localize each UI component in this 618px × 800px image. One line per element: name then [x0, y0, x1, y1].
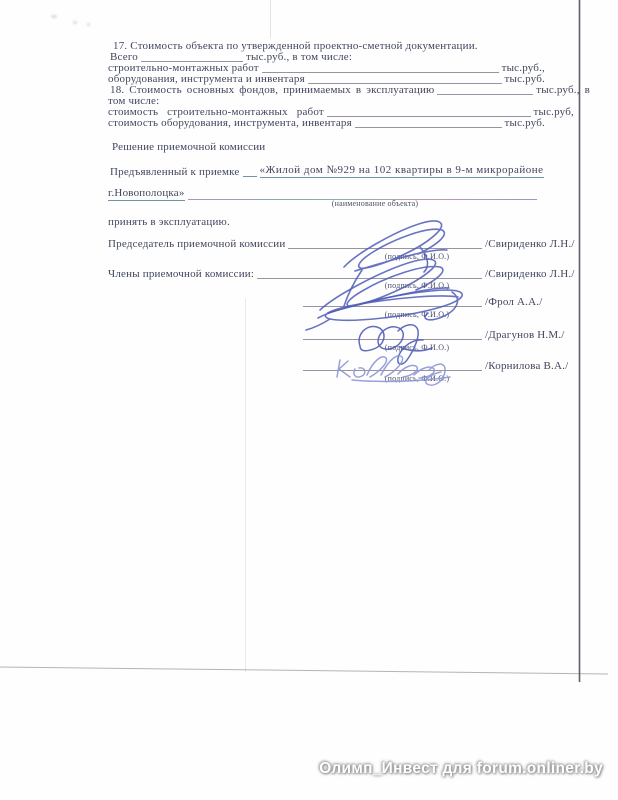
signature-line [257, 277, 482, 279]
signatory-name: /Свириденко Л.Н./ [485, 269, 580, 280]
chairman-label: Председатель приемочной комиссии [108, 239, 285, 250]
accept-statement: принять в эксплуатацию. [108, 217, 230, 228]
fold-line-horizontal [0, 667, 608, 674]
item18-units: тыс.руб., в [536, 85, 590, 96]
blank-line [327, 115, 531, 117]
signatory-name: /Драгунов Н.М./ [485, 330, 580, 341]
fold-line-top [270, 0, 271, 38]
signature-caption: (подпись, Ф.И.О.) [362, 281, 472, 290]
item18-equipment-units: тыс.руб. [505, 118, 546, 129]
scanned-document-page: 17. Стоимость объекта по утвержденной пр… [0, 0, 618, 800]
signature-line [303, 369, 482, 371]
signatory-name: /Фрол А.А./ [485, 297, 580, 308]
object-name-line2: г.Новополоцка» [108, 188, 185, 201]
object-name-caption: (наименование объекта) [320, 199, 430, 208]
presented-label: Предъявленный к приемке [110, 167, 240, 178]
signature-caption: (подпись, Ф.И.О.) [362, 310, 472, 319]
signature-line [288, 247, 482, 249]
signatory-name: /Корнилова В.А./ [485, 361, 580, 372]
pencil-speck [51, 15, 57, 18]
blank-line [355, 126, 502, 128]
members-label: Члены приемочной комиссии: [108, 269, 254, 280]
signature-line [303, 338, 482, 340]
fold-line-vertical [245, 298, 246, 672]
signature-caption: (подпись, Ф.И.О.) [362, 343, 472, 352]
item18-equipment-label: стоимость оборудования, инструмента, инв… [108, 118, 352, 129]
pencil-speck [73, 21, 77, 24]
object-name-line1: «Жилой дом №929 на 102 квартиры в 9-м ми… [260, 165, 544, 178]
decision-heading: Решение приемочной комиссии [112, 142, 265, 153]
pencil-speck [87, 23, 90, 26]
watermark-text: Олимп_Инвест для forum.onliner.by [319, 760, 603, 778]
signature-caption: (подпись, Ф.И.О.) [362, 252, 472, 261]
signature-caption: (подпись, Ф.И.О.) [362, 374, 472, 383]
blank-line [243, 175, 257, 177]
signature-ink-chairman [344, 221, 447, 306]
signature-line [303, 305, 482, 307]
item17-total-units: тыс.руб., в том числе: [246, 52, 352, 63]
blank-line [437, 93, 533, 95]
signatory-name: /Свириденко Л.Н./ [485, 239, 580, 250]
